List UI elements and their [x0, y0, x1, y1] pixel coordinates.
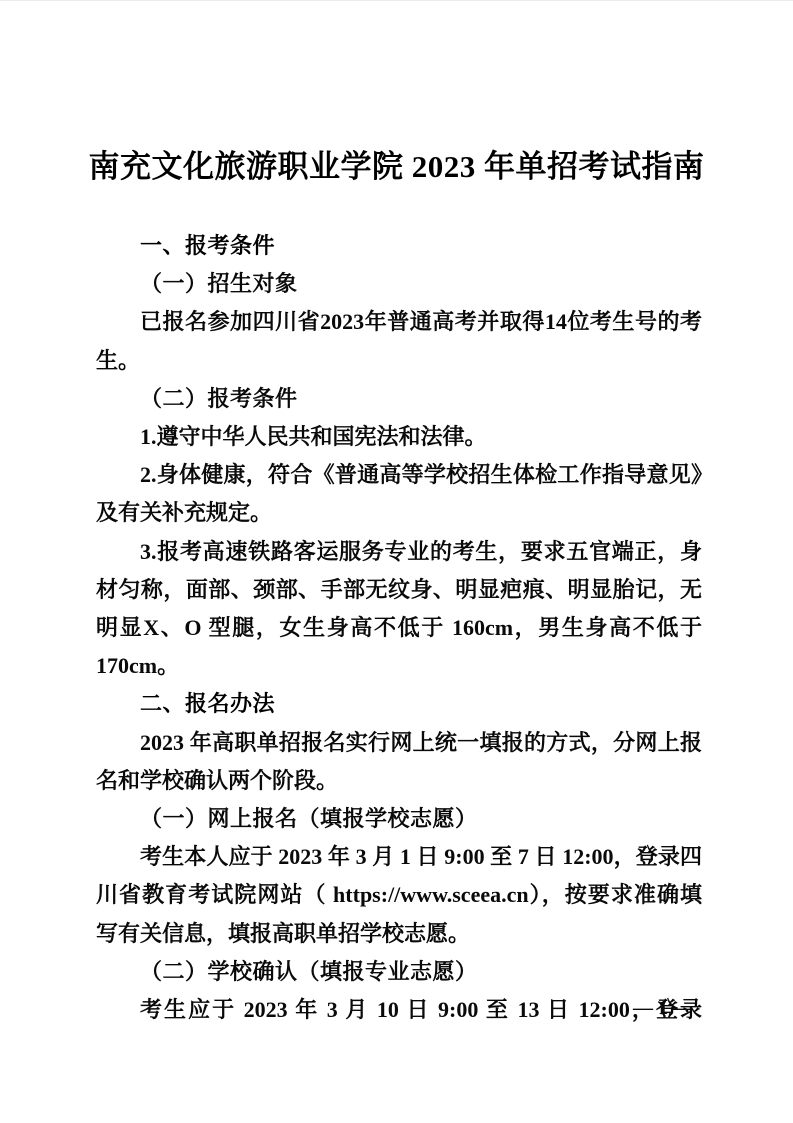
document-title: 南充文化旅游职业学院 2023 年单招考试指南: [0, 141, 793, 186]
paragraph-eligible-applicants: 已报名参加四川省2023年普通高考并取得14位考生号的考生。: [96, 303, 702, 379]
paragraph-school-confirmation: 考生应于 2023 年 3 月 10 日 9:00 至 13 日 12:00，登…: [96, 991, 702, 1029]
paragraph-condition-3: 3.报考高速铁路客运服务专业的考生，要求五官端正，身材匀称，面部、颈部、手部无纹…: [96, 533, 702, 686]
subsection-heading-2-1: （一）网上报名（填报学校志愿）: [96, 800, 702, 838]
paragraph-condition-1: 1.遵守中华人民共和国宪法和法律。: [96, 418, 702, 456]
subsection-heading-1-1: （一）招生对象: [96, 265, 702, 303]
page-number: — 1 —: [633, 997, 693, 1020]
paragraph-condition-2: 2.身体健康，符合《普通高等学校招生体检工作指导意见》及有关补充规定。: [96, 456, 702, 532]
document-page: 南充文化旅游职业学院 2023 年单招考试指南 一、报考条件 （一）招生对象 已…: [0, 0, 793, 1123]
paragraph-online-registration: 考生本人应于 2023 年 3 月 1 日 9:00 至 7 日 12:00，登…: [96, 838, 702, 953]
document-body: 一、报考条件 （一）招生对象 已报名参加四川省2023年普通高考并取得14位考生…: [96, 227, 702, 1029]
section-heading-1: 一、报考条件: [96, 227, 702, 265]
subsection-heading-1-2: （二）报考条件: [96, 380, 702, 418]
subsection-heading-2-2: （二）学校确认（填报专业志愿）: [96, 953, 702, 991]
paragraph-registration-overview: 2023 年高职单招报名实行网上统一填报的方式，分网上报名和学校确认两个阶段。: [96, 724, 702, 800]
section-heading-2: 二、报名办法: [96, 685, 702, 723]
